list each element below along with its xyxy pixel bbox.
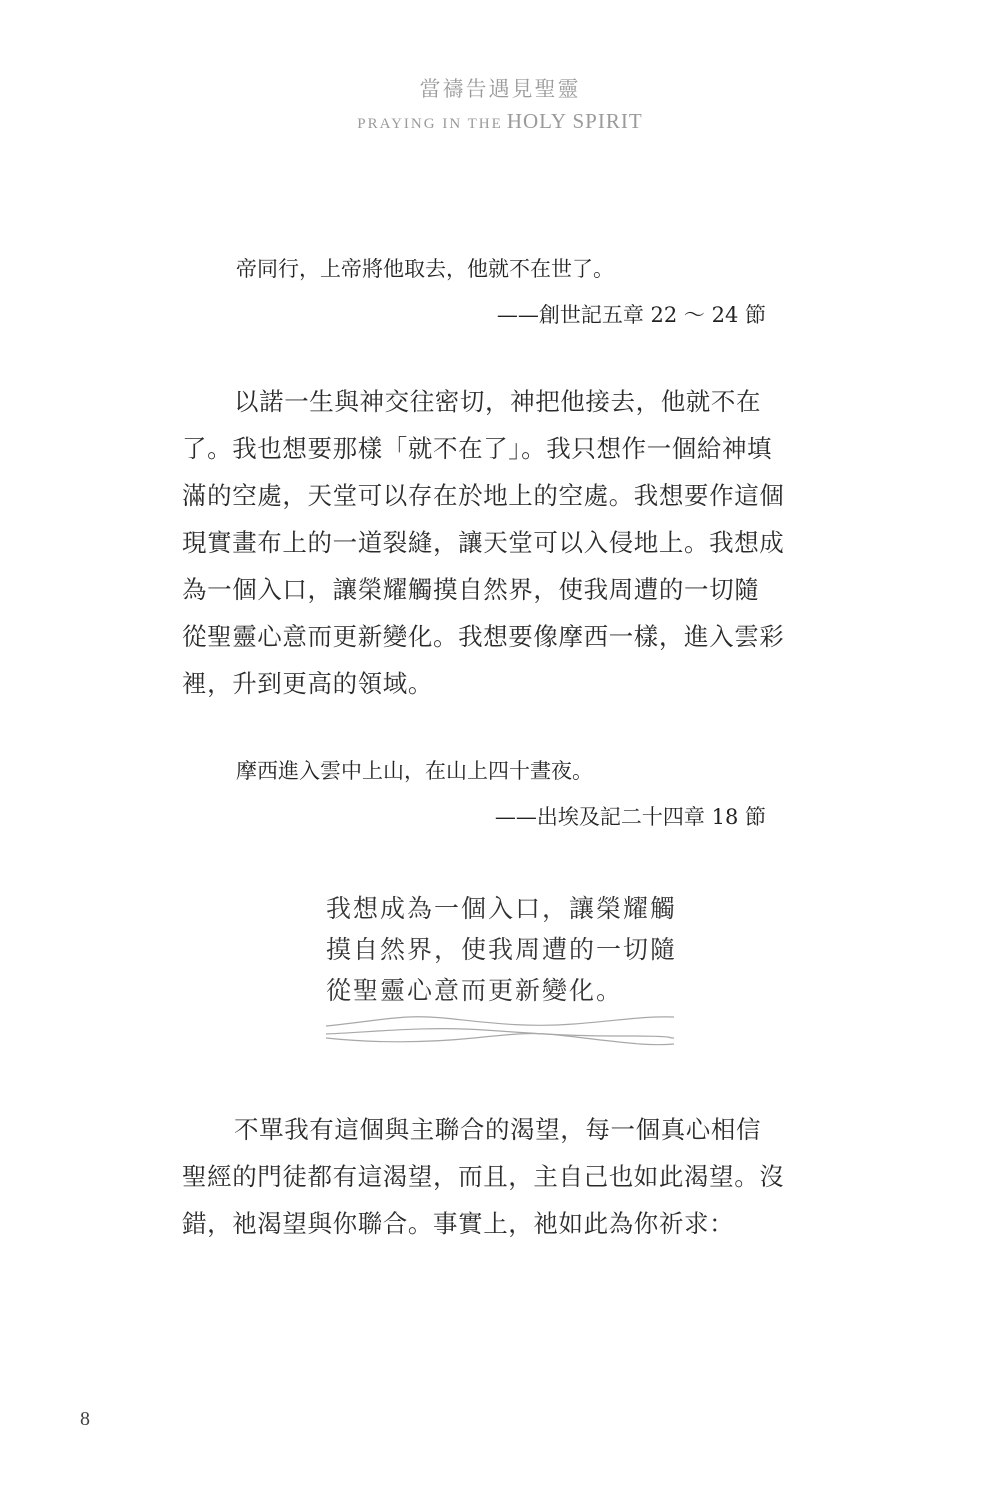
running-header: 當禱告遇見聖靈 PRAYING IN THE HOLY SPIRIT — [0, 74, 1000, 137]
quote-line: 摩西進入雲中上山，在山上四十晝夜。 — [236, 748, 766, 794]
paragraph-line: 不單我有這個與主聯合的渴望，每一個真心相信 — [182, 1106, 822, 1153]
paragraph-line: 為一個入口，讓榮耀觸摸自然界，使我周遭的一切隨 — [182, 566, 822, 613]
book-title-english: PRAYING IN THE HOLY SPIRIT — [0, 108, 1000, 137]
paragraph-line: 滿的空處，天堂可以存在於地上的空處。我想要作這個 — [182, 472, 822, 519]
quote-reference: ——出埃及記二十四章 18 節 — [236, 794, 766, 840]
paragraph-line: 了。我也想要那樣「就不在了」。我只想作一個給神填 — [182, 425, 822, 472]
paragraph-line: 裡，升到更高的領域。 — [182, 660, 822, 707]
scripture-quote-exodus: 摩西進入雲中上山，在山上四十晝夜。 ——出埃及記二十四章 18 節 — [236, 748, 766, 840]
pull-quote-line: 從聖靈心意而更新變化。 — [326, 970, 676, 1011]
book-title-english-main: HOLY SPIRIT — [507, 109, 643, 133]
book-title-english-prefix: PRAYING IN THE — [357, 116, 503, 132]
book-title-chinese: 當禱告遇見聖靈 — [0, 74, 1000, 104]
wave-lines-ornament-icon — [324, 1008, 676, 1052]
pull-quote: 我想成為一個入口，讓榮耀觸 摸自然界，使我周遭的一切隨 從聖靈心意而更新變化。 — [326, 888, 676, 1011]
paragraph-line: 聖經的門徒都有這渴望，而且，主自己也如此渴望。沒 — [182, 1153, 822, 1200]
paragraph-line: 以諾一生與神交往密切，神把他接去，他就不在 — [182, 378, 822, 425]
quote-reference: ——創世記五章 22 ～ 24 節 — [236, 292, 766, 338]
scripture-quote-genesis: 帝同行，上帝將他取去，他就不在世了。 ——創世記五章 22 ～ 24 節 — [236, 246, 766, 338]
paragraph-line: 錯，祂渴望與你聯合。事實上，祂如此為你祈求： — [182, 1200, 822, 1247]
pull-quote-line: 摸自然界，使我周遭的一切隨 — [326, 929, 676, 970]
body-paragraph-2: 不單我有這個與主聯合的渴望，每一個真心相信 聖經的門徒都有這渴望，而且，主自己也… — [182, 1106, 822, 1247]
paragraph-line: 現實畫布上的一道裂縫，讓天堂可以入侵地上。我想成 — [182, 519, 822, 566]
pull-quote-line: 我想成為一個入口，讓榮耀觸 — [326, 888, 676, 929]
paragraph-line: 從聖靈心意而更新變化。我想要像摩西一樣，進入雲彩 — [182, 613, 822, 660]
body-paragraph-1: 以諾一生與神交往密切，神把他接去，他就不在 了。我也想要那樣「就不在了」。我只想… — [182, 378, 822, 707]
quote-line: 帝同行，上帝將他取去，他就不在世了。 — [236, 246, 766, 292]
page-number: 8 — [80, 1408, 90, 1431]
